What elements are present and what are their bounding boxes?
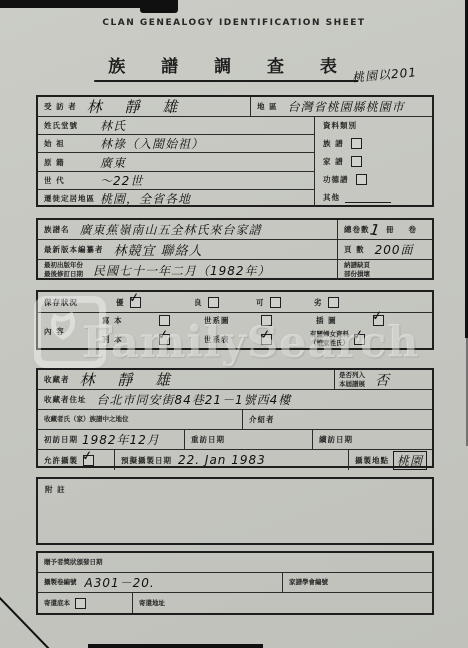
lineage-chart-checkbox <box>261 315 272 326</box>
pages-label: 頁 數 <box>344 244 365 255</box>
condition-table: 保存狀況 優 良 可 劣 內 容 寫 本 <box>36 290 434 350</box>
scan-edge-artifact <box>88 644 263 648</box>
genealogy-book-table: 族譜名 廣東蕉嶺南山五全林氏來台家譜 總卷數 1 冊 卷 最新版本編纂者 林競宜… <box>36 218 434 280</box>
grade-excellent-checkbox <box>130 297 141 308</box>
first-visit-label: 初訪日期 <box>44 434 78 445</box>
category-gongdepu-checkbox <box>356 174 367 185</box>
basic-info-table: 受 訪 者 林 靜 雄 地 區 台灣省桃園縣桃園市 姓氏堂號 林氏 始 祖 林祿… <box>36 95 434 207</box>
ancestor-label: 始 祖 <box>44 138 100 149</box>
volumes-unit-juan: 卷 <box>409 224 418 235</box>
migration-label: 遷徙定居地區 <box>44 193 100 204</box>
generations-label: 世 代 <box>44 175 100 186</box>
visit-info-table: 收藏者 林 靜 雄 是否列入 本屆譜展 否 收藏者住址 台北市同安街84巷21－… <box>36 368 434 468</box>
notes-label: 附 註 <box>45 484 66 495</box>
category-gongdepu-label: 功德譜 <box>323 174 349 185</box>
owner-value: 林 靜 雄 <box>80 369 180 390</box>
scan-edge-artifact <box>140 0 178 13</box>
illustrations-checkbox <box>373 315 384 326</box>
pages-value: 200面 <box>375 241 414 258</box>
filming-permission-checkbox <box>83 455 94 466</box>
printed-edition-label: 刊 本 <box>96 334 154 345</box>
manuscript-checkbox <box>159 315 170 326</box>
area-value: 台灣省桃園縣桃園市 <box>288 98 405 115</box>
category-zupu-label: 族 譜 <box>323 138 344 149</box>
category-jiapu-label: 家 譜 <box>323 156 344 167</box>
migration-value: 桃園，全省各地 <box>100 190 191 207</box>
last-revision-label: 最後修訂日期 <box>44 270 83 279</box>
ancestor-value: 林祿（入閩始祖） <box>100 135 204 152</box>
grade-fair-checkbox <box>270 297 281 308</box>
grade-good-label: 良 <box>194 297 203 308</box>
owner-address-label: 收藏者住址 <box>44 394 87 405</box>
generations-value: ～22世 <box>100 172 143 189</box>
third-visit-label: 續訪日期 <box>319 434 353 445</box>
form-title: 族 譜 調 查 表 <box>94 52 358 82</box>
listed-label-line2: 本屆譜展 <box>339 380 365 389</box>
donor-award-date-label: 贈予者獎狀頒發日期 <box>44 558 103 567</box>
contents-label: 內 容 <box>38 326 96 337</box>
film-roll-number-label: 攝製卷編號 <box>44 578 77 587</box>
partial-damage-label: 部份損壞 <box>344 270 370 279</box>
lineage-table-label: 世系表 <box>198 334 256 345</box>
lineage-table-checkbox <box>261 334 272 345</box>
filming-place-value: 桃園 <box>393 451 427 470</box>
filming-place-label: 攝製地點 <box>355 455 389 466</box>
editor-label: 最新版本編纂者 <box>44 244 104 255</box>
interviewee-label: 受 訪 者 <box>44 101 77 112</box>
film-roll-number-value: A301－20. <box>85 574 155 591</box>
return-original-label: 寄還底本 <box>44 599 70 608</box>
category-title: 資料類別 <box>323 120 428 131</box>
area-label: 地 區 <box>257 101 278 112</box>
grade-excellent-label: 優 <box>116 297 125 308</box>
owner-label: 收藏者 <box>44 374 70 385</box>
publication-date-value: 民國七十一年二月（1982年） <box>93 262 271 279</box>
listed-label-line1: 是否列入 <box>339 371 365 380</box>
notes-box: 附 註 <box>36 477 434 545</box>
grade-poor-label: 劣 <box>314 297 323 308</box>
editor-value: 林競宜 聯絡人 <box>114 240 203 259</box>
printed-edition-checkbox <box>159 334 170 345</box>
female-data-label: 有關婦女資料 <box>310 330 349 339</box>
missing-pages-label: 納譜缺頁 <box>344 261 370 270</box>
owner-position-label: 收藏者氏（家）族譜中之地位 <box>44 415 129 424</box>
first-publication-label: 最初出版年份 <box>44 261 83 270</box>
grade-fair-label: 可 <box>256 297 265 308</box>
category-jiapu-checkbox <box>351 156 362 167</box>
filming-permission-label: 允許攝製 <box>44 455 78 466</box>
volumes-label: 總卷數 <box>344 224 370 235</box>
origin-label: 原 籍 <box>44 157 100 168</box>
interviewee-value: 林 靜 雄 <box>87 96 187 117</box>
second-visit-label: 重訪日期 <box>191 434 225 445</box>
society-number-label: 家譜學會編號 <box>289 578 328 587</box>
handwritten-catalog-note: 桃園以201 <box>351 63 417 86</box>
planned-filming-date-value: 22. Jan 1983 <box>178 453 266 467</box>
female-data-checkbox <box>354 334 365 345</box>
form-english-title: CLAN GENEALOGY IDENTIFICATION SHEET <box>0 18 468 28</box>
origin-value: 廣東 <box>100 154 126 171</box>
surname-label: 姓氏堂號 <box>44 120 100 131</box>
volumes-value: 1 <box>368 220 381 239</box>
category-zupu-checkbox <box>351 138 362 149</box>
admin-table: 贈予者獎狀頒發日期 攝製卷編號 A301－20. 家譜學會編號 寄還底本 寄還地… <box>36 551 434 615</box>
introducer-label: 介紹者 <box>249 414 275 425</box>
owner-address-value: 台北市同安街84巷21－1號西4樓 <box>97 391 292 408</box>
lineage-chart-label: 世系圖 <box>198 315 256 326</box>
volumes-unit-ce: 冊 <box>386 224 395 235</box>
scanned-genealogy-form: FamilySearch CLAN GENEALOGY IDENTIFICATI… <box>0 0 468 648</box>
grade-good-checkbox <box>208 297 219 308</box>
return-original-checkbox <box>75 598 86 609</box>
condition-label: 保存狀況 <box>44 297 116 308</box>
book-title-label: 族譜名 <box>44 224 70 235</box>
planned-filming-date-label: 預擬攝製日期 <box>121 455 172 466</box>
return-address-label: 寄還地址 <box>139 599 165 608</box>
listed-value: 否 <box>375 370 390 390</box>
manuscript-label: 寫 本 <box>96 315 154 326</box>
category-other-blank-line <box>345 193 391 203</box>
female-data-sublabel: （娘家姓氏） <box>310 339 349 348</box>
surname-value: 林氏 <box>100 117 126 134</box>
first-visit-value: 1982年12月 <box>82 431 160 448</box>
illustrations-label: 插 圖 <box>310 315 368 326</box>
category-other-label: 其他 <box>323 192 340 203</box>
grade-poor-checkbox <box>328 297 339 308</box>
book-title-value: 廣東蕉嶺南山五全林氏來台家譜 <box>80 221 262 238</box>
